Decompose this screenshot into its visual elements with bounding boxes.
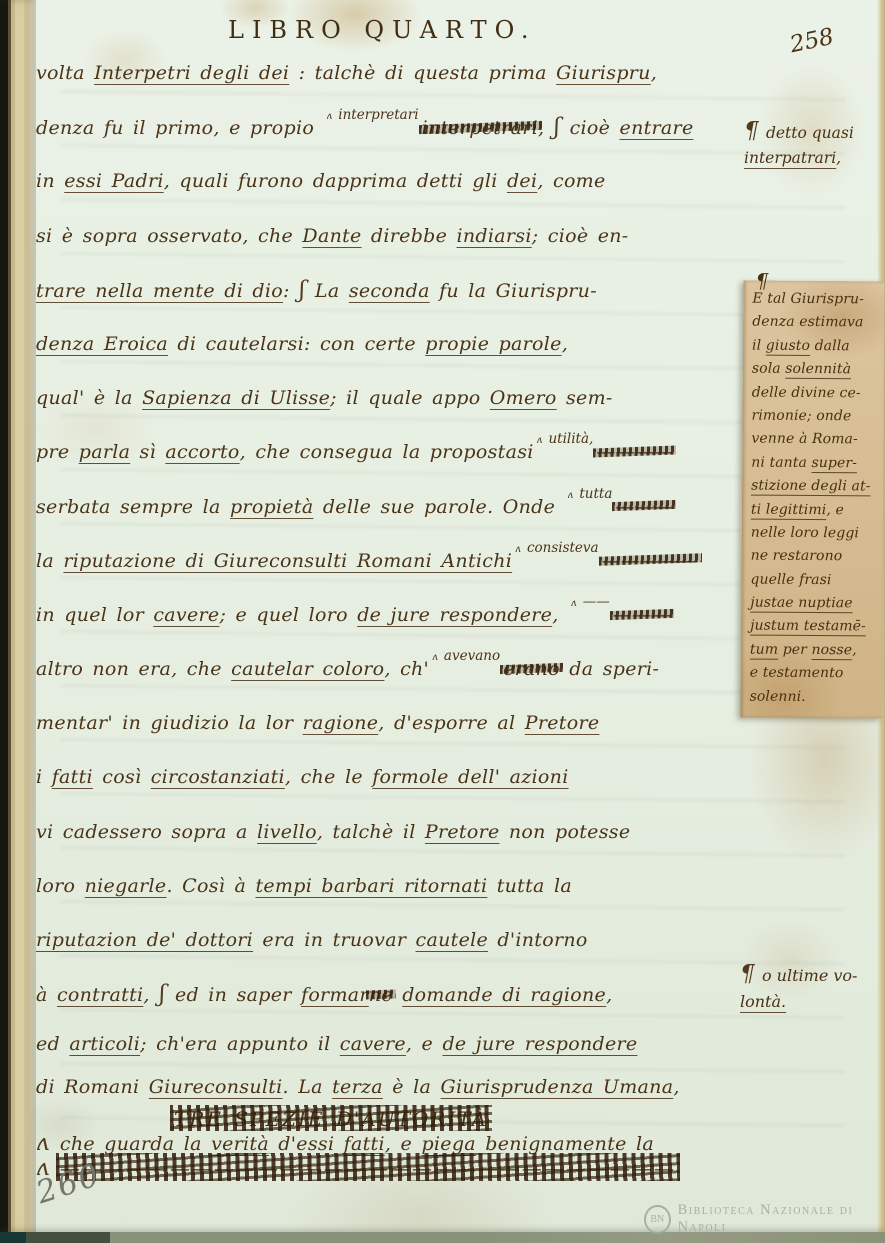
text-segment: : xyxy=(283,280,299,302)
struck-out-text: ne xyxy=(369,968,393,1022)
underlined-text: tempi barbari ritornati xyxy=(255,875,487,897)
text-segment: delle divine ce- xyxy=(752,384,861,401)
underlined-text: cavere xyxy=(340,1033,406,1055)
underlined-text: tum xyxy=(750,641,778,657)
text-segment: il xyxy=(752,337,766,353)
text-segment: non potesse xyxy=(500,821,631,843)
manuscript-line: venne à Roma- xyxy=(751,428,879,452)
text-segment: sola xyxy=(752,361,786,377)
text-segment: è la xyxy=(383,1076,441,1098)
underlined-text: seconda xyxy=(349,280,430,302)
text-segment: altro non era, che xyxy=(36,658,231,680)
struck-out-text: ————— xyxy=(602,534,699,588)
struck-out-text: ——— xyxy=(615,480,673,534)
manuscript-line: stizione degli at- xyxy=(751,475,879,499)
manuscript-line: TRE SPEZIE D'AUTORITÀ xyxy=(36,1107,752,1131)
manuscript-line: ¶ detto quasi xyxy=(744,118,882,145)
text-segment: di cautelarsi: con certe xyxy=(168,333,425,355)
text-segment: , e xyxy=(406,1033,443,1055)
underlined-text: contratti xyxy=(57,984,143,1006)
manuscript-line: qual' è la Sapienza di Ulisse; il quale … xyxy=(36,371,752,425)
manuscript-line: à contratti, ʃ ed in saper formarne doma… xyxy=(36,967,752,1021)
underlined-text: giusto xyxy=(766,337,810,353)
manuscript-line: e testamento xyxy=(750,662,878,686)
text-segment: , xyxy=(673,1076,679,1098)
page-title: LIBRO QUARTO. xyxy=(228,16,536,44)
manuscript-line: loro niegarle. Così à tempi barbari rito… xyxy=(36,859,752,913)
underlined-text: Pretore xyxy=(425,821,500,843)
library-stamp: BN Biblioteca Nazionale di Napoli xyxy=(644,1202,885,1236)
underlined-text: essi Padri xyxy=(64,170,163,192)
underlined-text: riputazione di Giureconsulti Romani Anti… xyxy=(63,550,512,572)
manuscript-line: la riputazione di Giureconsulti Romani A… xyxy=(36,534,752,588)
manuscript-line: tum per nosse, xyxy=(750,638,878,662)
manuscript-line: mentar' in giudizio la lor ragione, d'es… xyxy=(36,696,752,750)
text-segment: à xyxy=(36,984,57,1006)
text-segment: cioè xyxy=(560,117,619,139)
underlined-text: ragione xyxy=(303,712,379,734)
manuscript-line: E tal Giurispru- xyxy=(752,288,880,312)
library-stamp-text: Biblioteca Nazionale di Napoli xyxy=(678,1202,885,1236)
pasted-marginal-slip: ¶ E tal Giurispru-denza estimavail giust… xyxy=(740,281,884,719)
text-segment: o ultime vo- xyxy=(762,966,858,985)
underlined-text: Dante xyxy=(302,225,361,247)
text-segment: ed in saper xyxy=(166,984,301,1006)
insertion-mark: ¶ xyxy=(740,961,762,987)
text-segment: , xyxy=(606,984,612,1006)
underlined-text: super- xyxy=(811,455,857,471)
manuscript-line: ti legittimi, e xyxy=(751,498,879,522)
underlined-text: cautele xyxy=(416,929,489,951)
heavy-struck-text: TRE SPEZIE D'AUTORITÀ xyxy=(174,1107,488,1131)
manuscript-line: ed articoli; ch'era appunto il cavere, e… xyxy=(36,1021,752,1067)
manuscript-line: justum testamē- xyxy=(750,615,878,639)
underlined-text: interpatrari xyxy=(744,149,836,167)
manuscript-line: ne restarono xyxy=(751,545,879,569)
text-segment: e testamento xyxy=(750,665,844,682)
manuscript-line: pre parla sì accorto, che consegua la pr… xyxy=(36,425,752,479)
underlined-text: solennità xyxy=(785,361,851,377)
interline-insertion: avevano xyxy=(432,629,500,685)
manuscript-line: vi cadessero sopra a livello, talchè il … xyxy=(36,805,752,859)
text-segment: , e xyxy=(826,502,844,518)
text-segment: per xyxy=(778,642,811,658)
underlined-text: cavere xyxy=(153,604,219,626)
text-segment: , xyxy=(852,642,857,658)
manuscript-line: denza fu il primo, e propio interpretari… xyxy=(36,100,752,154)
text-segment: solenni. xyxy=(750,688,806,704)
manuscript-line: i fatti così circostanziati, che le form… xyxy=(36,750,752,804)
underlined-text: Giureconsulti xyxy=(149,1076,283,1098)
underlined-text: piega xyxy=(421,1133,475,1155)
manuscript-line: interpatrari, xyxy=(744,145,882,172)
underlined-text: nosse xyxy=(811,642,852,658)
text-segment: . La xyxy=(283,1076,333,1098)
struck-out-text: ——— xyxy=(613,588,671,642)
text-segment: quelle frasi xyxy=(750,571,831,588)
text-segment: , quali furono dapprima detti gli xyxy=(164,170,507,192)
struck-out-text: erano xyxy=(503,642,560,696)
insertion-mark: ʃ xyxy=(299,277,306,303)
manuscript-line: riputazion de' dottori era in truovar ca… xyxy=(36,913,752,967)
underlined-text: Pretore xyxy=(525,712,600,734)
text-segment: di Romani xyxy=(36,1076,149,1098)
manuscript-line: denza Eroica di cautelarsi: con certe pr… xyxy=(36,317,752,371)
underlined-text: fatti xyxy=(52,766,93,788)
underlined-text: propie parole xyxy=(425,333,561,355)
underlined-text: entrare xyxy=(620,117,694,139)
text-segment: tutta la xyxy=(487,875,572,897)
underlined-text: propietà xyxy=(230,496,314,518)
text-segment: , xyxy=(143,984,159,1006)
insertion-mark: ʃ xyxy=(554,114,561,140)
underlined-text: dei xyxy=(507,170,537,192)
text-segment: così xyxy=(93,766,151,788)
text-segment: d'intorno xyxy=(488,929,588,951)
text-segment: E tal Giurispru- xyxy=(752,291,864,308)
text-segment: pre xyxy=(36,441,79,463)
underlined-text: niegarle xyxy=(85,875,167,897)
manuscript-page: LIBRO QUARTO. 258 volta Interpetri degli… xyxy=(0,0,885,1243)
text-segment: detto quasi xyxy=(766,124,854,142)
text-segment: nelle loro leggi xyxy=(751,524,859,541)
manuscript-line: nelle loro leggi xyxy=(751,521,879,545)
underlined-text: terza xyxy=(332,1076,383,1098)
manuscript-line: di Romani Giureconsulti. La terza è la G… xyxy=(36,1067,752,1107)
text-segment: , xyxy=(836,149,841,167)
text-segment: , che le xyxy=(285,766,372,788)
text-segment: : talchè di questa prima xyxy=(289,62,556,84)
underlined-text: de jure respondere xyxy=(357,604,552,626)
manuscript-line: ni tanta super- xyxy=(751,451,879,475)
manuscript-line: denza estimava xyxy=(752,311,880,335)
text-segment: serbata sempre la xyxy=(36,496,230,518)
text-segment: in xyxy=(36,170,64,192)
margin-note-ultime-volonta: ¶ o ultime vo-lontà. xyxy=(740,960,880,1016)
text-segment: ; cioè en- xyxy=(532,225,629,247)
manuscript-text-block: volta Interpetri degli dei : talchè di q… xyxy=(36,46,752,1181)
underlined-text: formole dell' azioni xyxy=(372,766,568,788)
text-segment: sem- xyxy=(557,387,613,409)
text-segment: , xyxy=(552,604,568,626)
manuscript-line: lontà. xyxy=(740,988,880,1016)
underlined-text: riputazion de' dottori xyxy=(36,929,253,951)
manuscript-line: justae nuptiae xyxy=(750,592,878,616)
text-segment: . Così à xyxy=(166,875,255,897)
manuscript-line: il giusto dalla xyxy=(752,334,880,358)
manuscript-line: ʌ ———————————————————————————— xyxy=(36,1155,752,1181)
insertion-mark: ¶ xyxy=(755,269,768,293)
underlined-text: de jure respondere xyxy=(442,1033,637,1055)
underlined-text: Omero xyxy=(490,387,557,409)
underlined-text: verità xyxy=(211,1133,269,1155)
text-segment: fu la Giurispru- xyxy=(430,280,597,302)
manuscript-line: trare nella mente di dio: ʃ La seconda f… xyxy=(36,263,752,317)
text-segment: ; il quale appo xyxy=(330,387,490,409)
text-segment: volta xyxy=(36,62,94,84)
insertion-mark: ¶ xyxy=(744,118,766,144)
text-segment: la xyxy=(36,550,63,572)
text-segment: La xyxy=(306,280,349,302)
manuscript-line: ʌ che guarda la verità d'essi fatti, e p… xyxy=(36,1131,752,1155)
underlined-text: stizione degli at- xyxy=(751,478,871,495)
manuscript-line: rimonie; onde xyxy=(751,405,879,429)
manuscript-line: si è sopra osservato, che Dante direbbe … xyxy=(36,209,752,263)
manuscript-line: altro non era, che cautelar coloro, ch'a… xyxy=(36,642,752,696)
text-segment: era in truovar xyxy=(253,929,415,951)
interline-insertion: interpretari xyxy=(326,88,418,144)
underlined-text: Giurisprudenza Umana xyxy=(441,1076,674,1098)
underlined-text: justae nuptiae xyxy=(750,595,852,612)
folio-number: 258 xyxy=(788,24,836,59)
text-segment: vi cadessero sopra a xyxy=(36,821,257,843)
underlined-text: parla xyxy=(79,441,130,463)
text-segment: , come xyxy=(537,170,605,192)
text-segment: che guarda la xyxy=(60,1133,211,1155)
text-segment: , talchè il xyxy=(317,821,425,843)
heavy-struck-text: ———————————————————————————— xyxy=(60,1155,676,1181)
text-segment: , e xyxy=(385,1133,422,1155)
underlined-text: cautelar coloro xyxy=(231,658,384,680)
underlined-text: ti legittimi xyxy=(751,501,827,518)
text-segment: d'essi xyxy=(269,1133,344,1155)
interline-insertion: utilità, xyxy=(537,412,594,468)
text-segment: ; ch'era appunto il xyxy=(140,1033,340,1055)
underlined-text: lontà. xyxy=(740,992,786,1011)
text-segment: dalla xyxy=(810,338,850,354)
manuscript-line: sola solennità xyxy=(752,358,880,382)
underlined-text: Giurispru xyxy=(556,62,651,84)
underlined-text: domande di ragione xyxy=(402,984,606,1006)
manuscript-line: delle divine ce- xyxy=(752,381,880,405)
text-segment: ; e quel loro xyxy=(219,604,357,626)
underlined-text: accorto xyxy=(165,441,239,463)
text-segment: denza estimava xyxy=(752,314,863,331)
interline-insertion: consisteva xyxy=(515,521,598,577)
underlined-text: Sapienza di Ulisse xyxy=(142,387,330,409)
library-monogram-icon: BN xyxy=(644,1205,671,1234)
underlined-text: formar xyxy=(301,984,369,1006)
text-segment: qual' è la xyxy=(36,387,142,409)
underlined-text: fatti xyxy=(344,1133,385,1155)
underlined-text: denza Eroica xyxy=(36,333,168,355)
text-segment: venne à Roma- xyxy=(751,431,857,448)
underlined-text: articoli xyxy=(69,1033,140,1055)
underlined-text: circostanziati xyxy=(151,766,285,788)
text-segment: sì xyxy=(130,441,165,463)
text-segment: delle sue parole. Onde xyxy=(314,496,565,518)
interline-insertion: —— xyxy=(571,575,610,631)
margin-note-interpatrari: ¶ detto quasiinterpatrari, xyxy=(744,118,882,172)
text-segment: , che consegua la propostasi xyxy=(240,441,534,463)
manuscript-line: in quel lor cavere; e quel loro de jure … xyxy=(36,588,752,642)
text-segment: ed xyxy=(36,1033,69,1055)
text-segment: loro xyxy=(36,875,85,897)
manuscript-line: serbata sempre la propietà delle sue par… xyxy=(36,480,752,534)
underlined-text: trare nella mente di dio xyxy=(36,280,283,302)
text-segment: direbbe xyxy=(362,225,457,247)
underlined-text: justum testamē- xyxy=(750,618,866,635)
manuscript-line: solenni. xyxy=(750,685,878,709)
manuscript-line: in essi Padri, quali furono dapprima det… xyxy=(36,154,752,208)
text-segment: benignamente la xyxy=(476,1133,654,1155)
underlined-text: indiarsi xyxy=(457,225,532,247)
text-segment: , xyxy=(562,333,568,355)
underlined-text: livello xyxy=(257,821,317,843)
text-segment: , xyxy=(651,62,657,84)
insertion-mark: ʃ xyxy=(159,981,166,1007)
book-binding-edge xyxy=(0,0,36,1243)
text-segment: si è sopra osservato, che xyxy=(36,225,302,247)
text-segment: i xyxy=(36,766,52,788)
struck-out-text: interpetrari xyxy=(422,101,539,155)
text-segment: ni tanta xyxy=(751,454,811,470)
manuscript-line: quelle frasi xyxy=(750,568,878,592)
text-segment: ne restarono xyxy=(751,548,843,565)
text-segment: in quel lor xyxy=(36,604,153,626)
underlined-text: Interpetri degli dei xyxy=(94,62,289,84)
manuscript-line: ¶ o ultime vo- xyxy=(740,960,880,988)
text-segment: , d'esporre al xyxy=(378,712,524,734)
text-segment: rimonie; onde xyxy=(752,408,852,425)
text-segment: denza fu il primo, e propio xyxy=(36,117,323,139)
interline-insertion: tutta xyxy=(568,467,613,523)
text-segment: da speri- xyxy=(560,658,659,680)
text-segment: , ch' xyxy=(384,658,429,680)
text-segment: mentar' in giudizio la lor xyxy=(36,712,303,734)
